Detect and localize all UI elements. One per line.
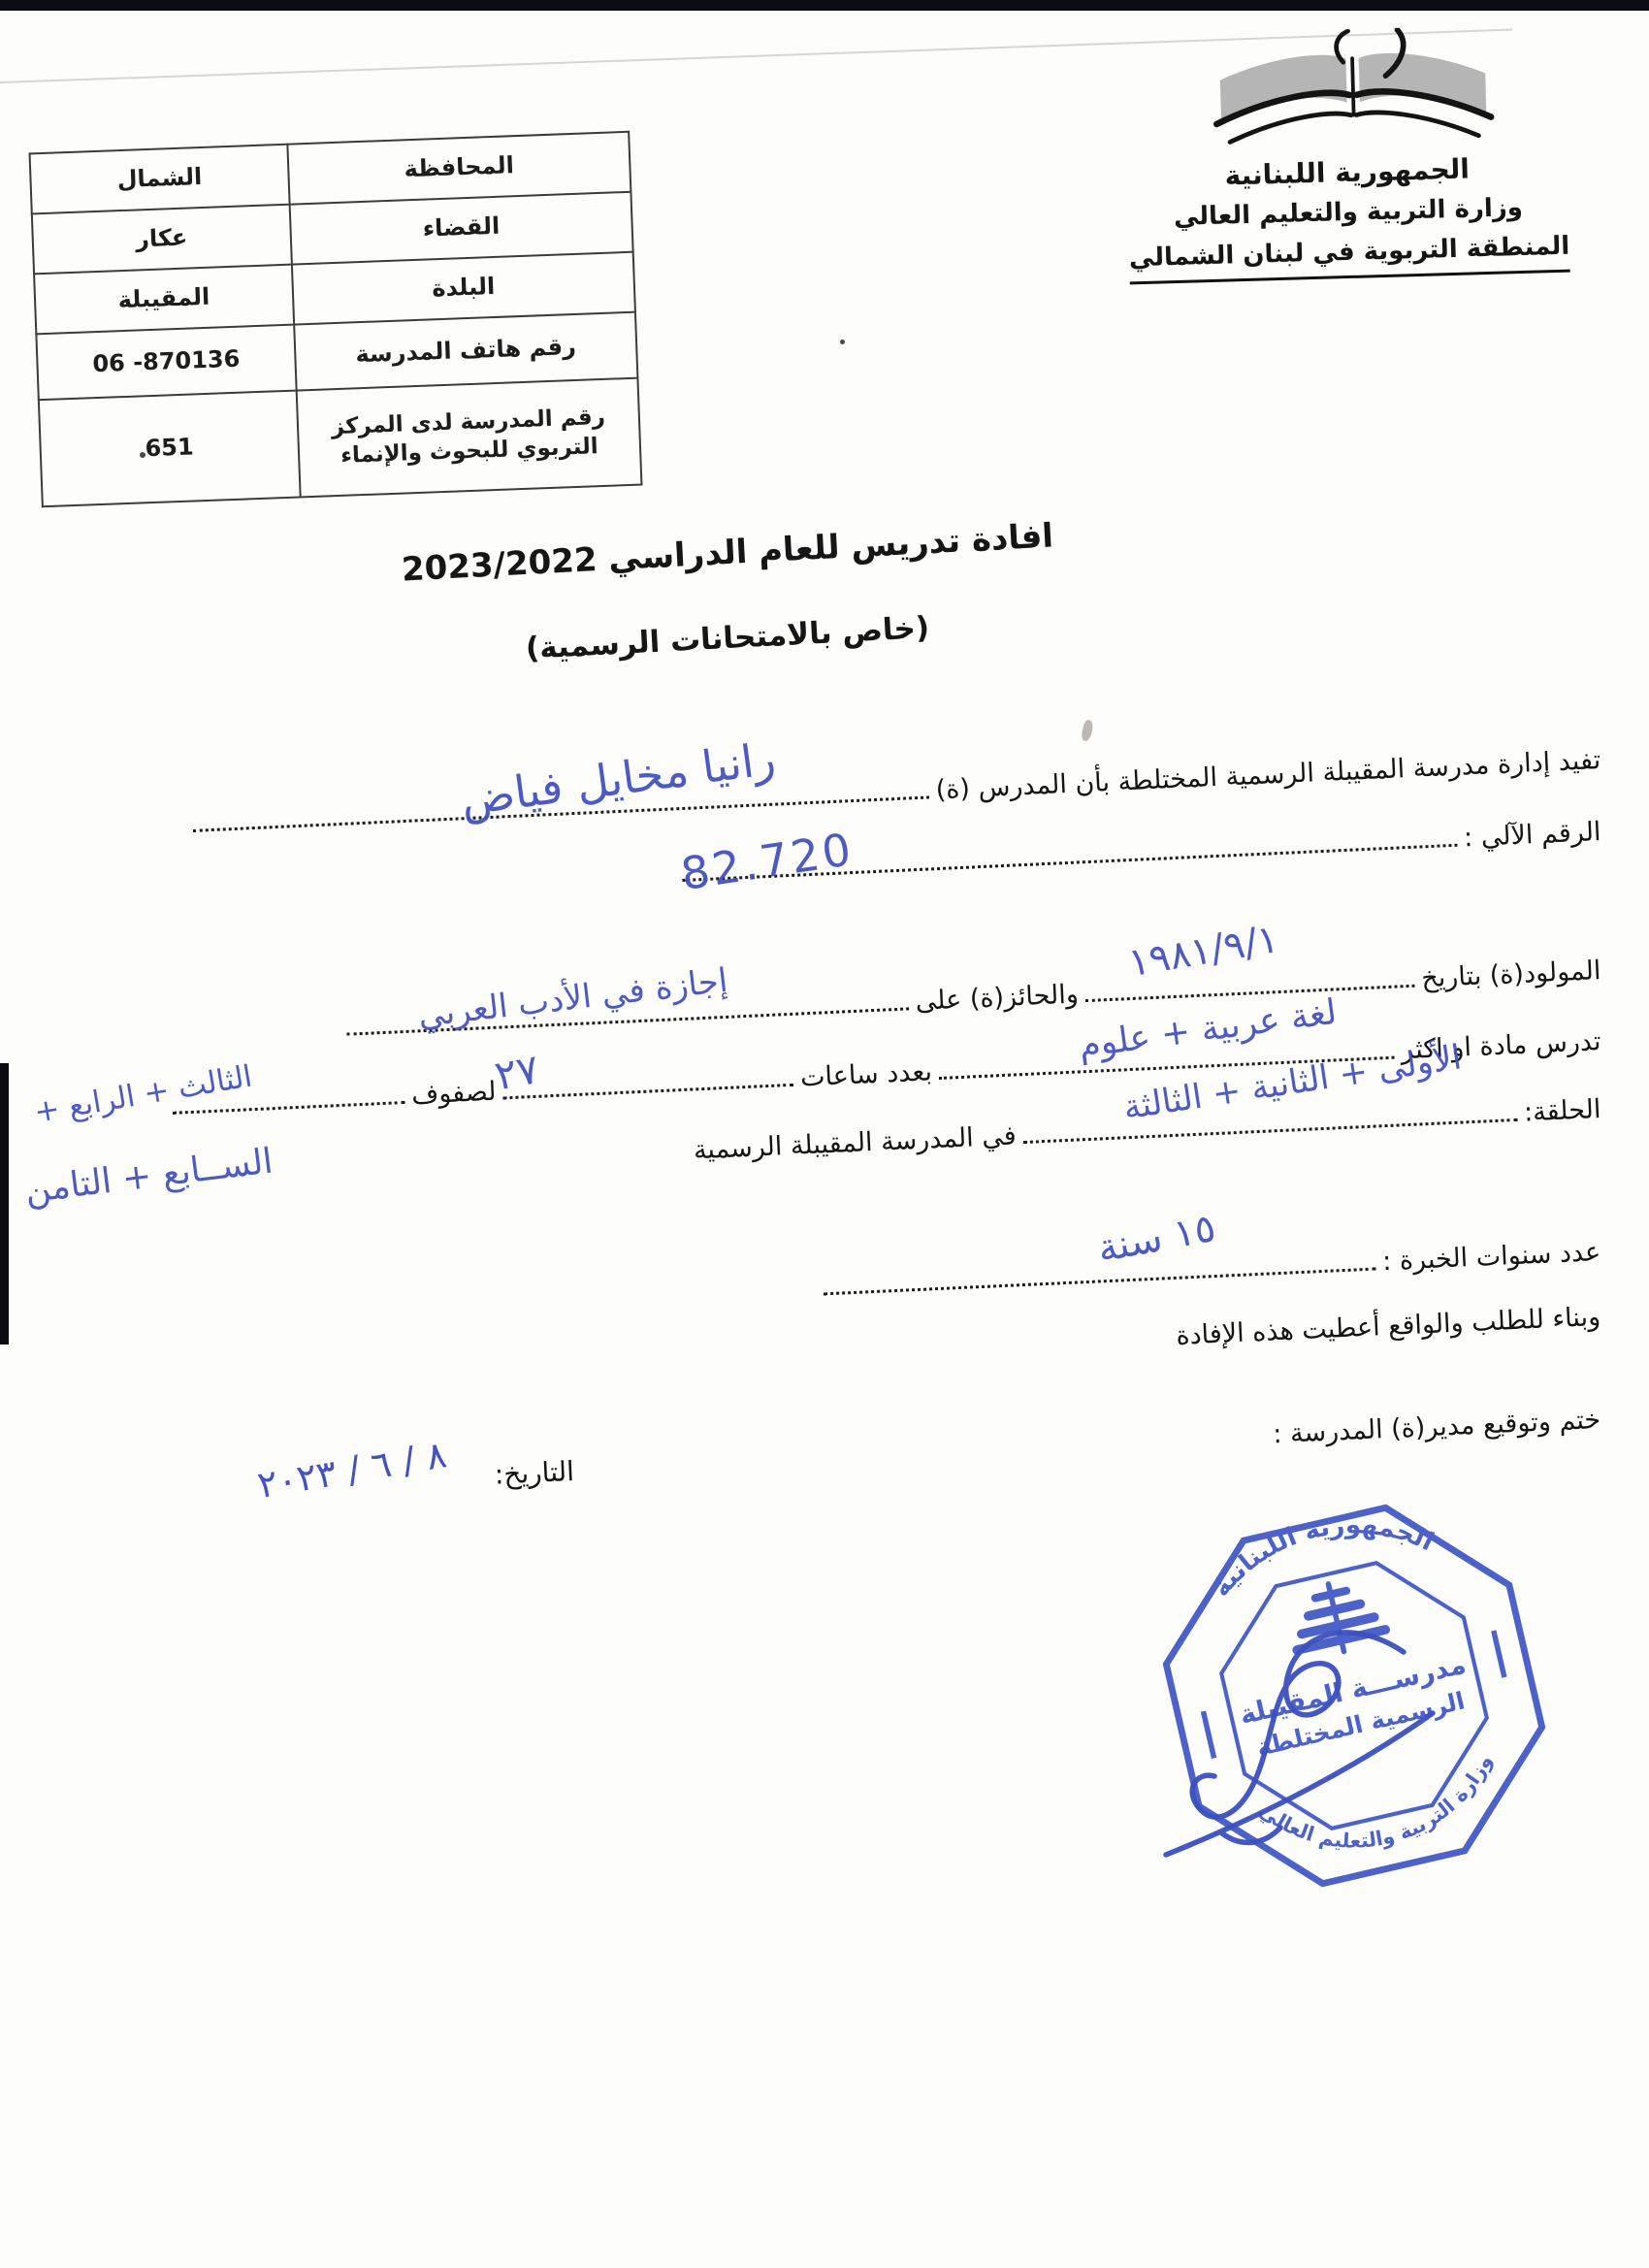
at-school-label: في المدرسة المقيبلة الرسمية xyxy=(693,1120,1017,1165)
document-subtitle: (خاص بالامتحانات الرسمية) xyxy=(0,583,1455,694)
handwritten-date: ٨ / ٦ / ٢٠٢٣ xyxy=(255,1433,450,1507)
dotted-fill-line xyxy=(1022,1114,1517,1144)
ministry-header: الجمهورية اللبنانية وزارة التربية والتعل… xyxy=(1094,145,1601,285)
line-cycle: الحلقة:في المدرسة المقيبلة الرسمية الأول… xyxy=(693,1094,1601,1165)
handwritten-classes-2: الســابع + التامن xyxy=(22,1142,275,1212)
line-closing: وبناء للطلب والواقع أعطيت هذه الإفادة xyxy=(1176,1302,1601,1351)
line-experience: عدد سنوات الخبرة : ١٥ سنة xyxy=(816,1237,1601,1303)
school-info-table: المحافظة الشمال القضاء عكار البلدة المقي… xyxy=(29,131,643,507)
dotted-fill-line xyxy=(502,1079,793,1100)
experience-label: عدد سنوات الخبرة : xyxy=(1381,1237,1600,1277)
scan-smudge xyxy=(1080,719,1094,742)
seal-label: ختم وتوقيع مدير(ة) المدرسة : xyxy=(1273,1405,1601,1449)
cycle-label: الحلقة: xyxy=(1523,1094,1601,1128)
holder-label: والحائز(ة) على xyxy=(915,979,1079,1017)
table-row: رقم المدرسة لدى المركز التربوي للبحوث وا… xyxy=(39,378,642,507)
auto-number-label: الرقم الآلي : xyxy=(1463,817,1601,853)
line-birth-degree: المولود(ة) بتاريخوالحائز(ة) على ١٩٨١/٩/١… xyxy=(339,956,1600,1043)
intro-text: تفيد إدارة مدرسة المقيبلة الرسمية المختل… xyxy=(935,745,1601,805)
scan-artifact-left-strip xyxy=(0,1063,9,1345)
row-value: 06 -870136 xyxy=(36,325,296,401)
row-value: 651 xyxy=(39,391,301,507)
row-value: المقيبلة xyxy=(34,265,294,335)
closing-text: وبناء للطلب والواقع أعطيت هذه الإفادة xyxy=(1176,1302,1601,1351)
scan-speck xyxy=(840,340,845,344)
scanned-teaching-certificate: الجمهورية اللبنانية وزارة التربية والتعل… xyxy=(0,0,1649,2268)
born-label: المولود(ة) بتاريخ xyxy=(1420,956,1600,993)
line-auto-number: الرقم الآلي : 82.720 xyxy=(674,817,1601,889)
principal-signature xyxy=(1108,1599,1467,1899)
open-book-logo xyxy=(1201,25,1504,161)
handwritten-experience: ١٥ سنة xyxy=(1094,1206,1219,1272)
row-label: رقم هاتف المدرسة xyxy=(294,312,638,391)
handwritten-birth-date: ١٩٨١/٩/١ xyxy=(1125,917,1281,986)
line-intro: تفيد إدارة مدرسة المقيبلة الرسمية المختل… xyxy=(185,745,1601,839)
hours-label: بعدد ساعات xyxy=(799,1056,932,1092)
handwritten-auto-number: 82.720 xyxy=(677,823,857,900)
row-value: عكار xyxy=(32,205,292,275)
svg-text:الجمهورية اللبنانية: الجمهورية اللبنانية xyxy=(1197,1489,1443,1607)
date-line: التاريخ: ٨ / ٦ / ٢٠٢٣ xyxy=(88,1446,574,1510)
scan-artifact-top-strip xyxy=(0,0,1649,11)
dotted-fill-line xyxy=(824,1263,1376,1296)
date-label: التاريخ: xyxy=(494,1455,574,1491)
stamp-ring-top-text: الجمهورية اللبنانية xyxy=(1197,1489,1443,1607)
row-label: رقم المدرسة لدى المركز التربوي للبحوث وا… xyxy=(296,378,641,498)
classes-label: لصفوف xyxy=(410,1077,497,1111)
handwritten-hours: ٢٧ xyxy=(491,1045,542,1099)
row-value: الشمال xyxy=(30,145,290,214)
handwritten-classes-1: الثالث + الرابع + xyxy=(31,1059,254,1130)
seal-caption: ختم وتوقيع مدير(ة) المدرسة : xyxy=(1273,1405,1601,1449)
